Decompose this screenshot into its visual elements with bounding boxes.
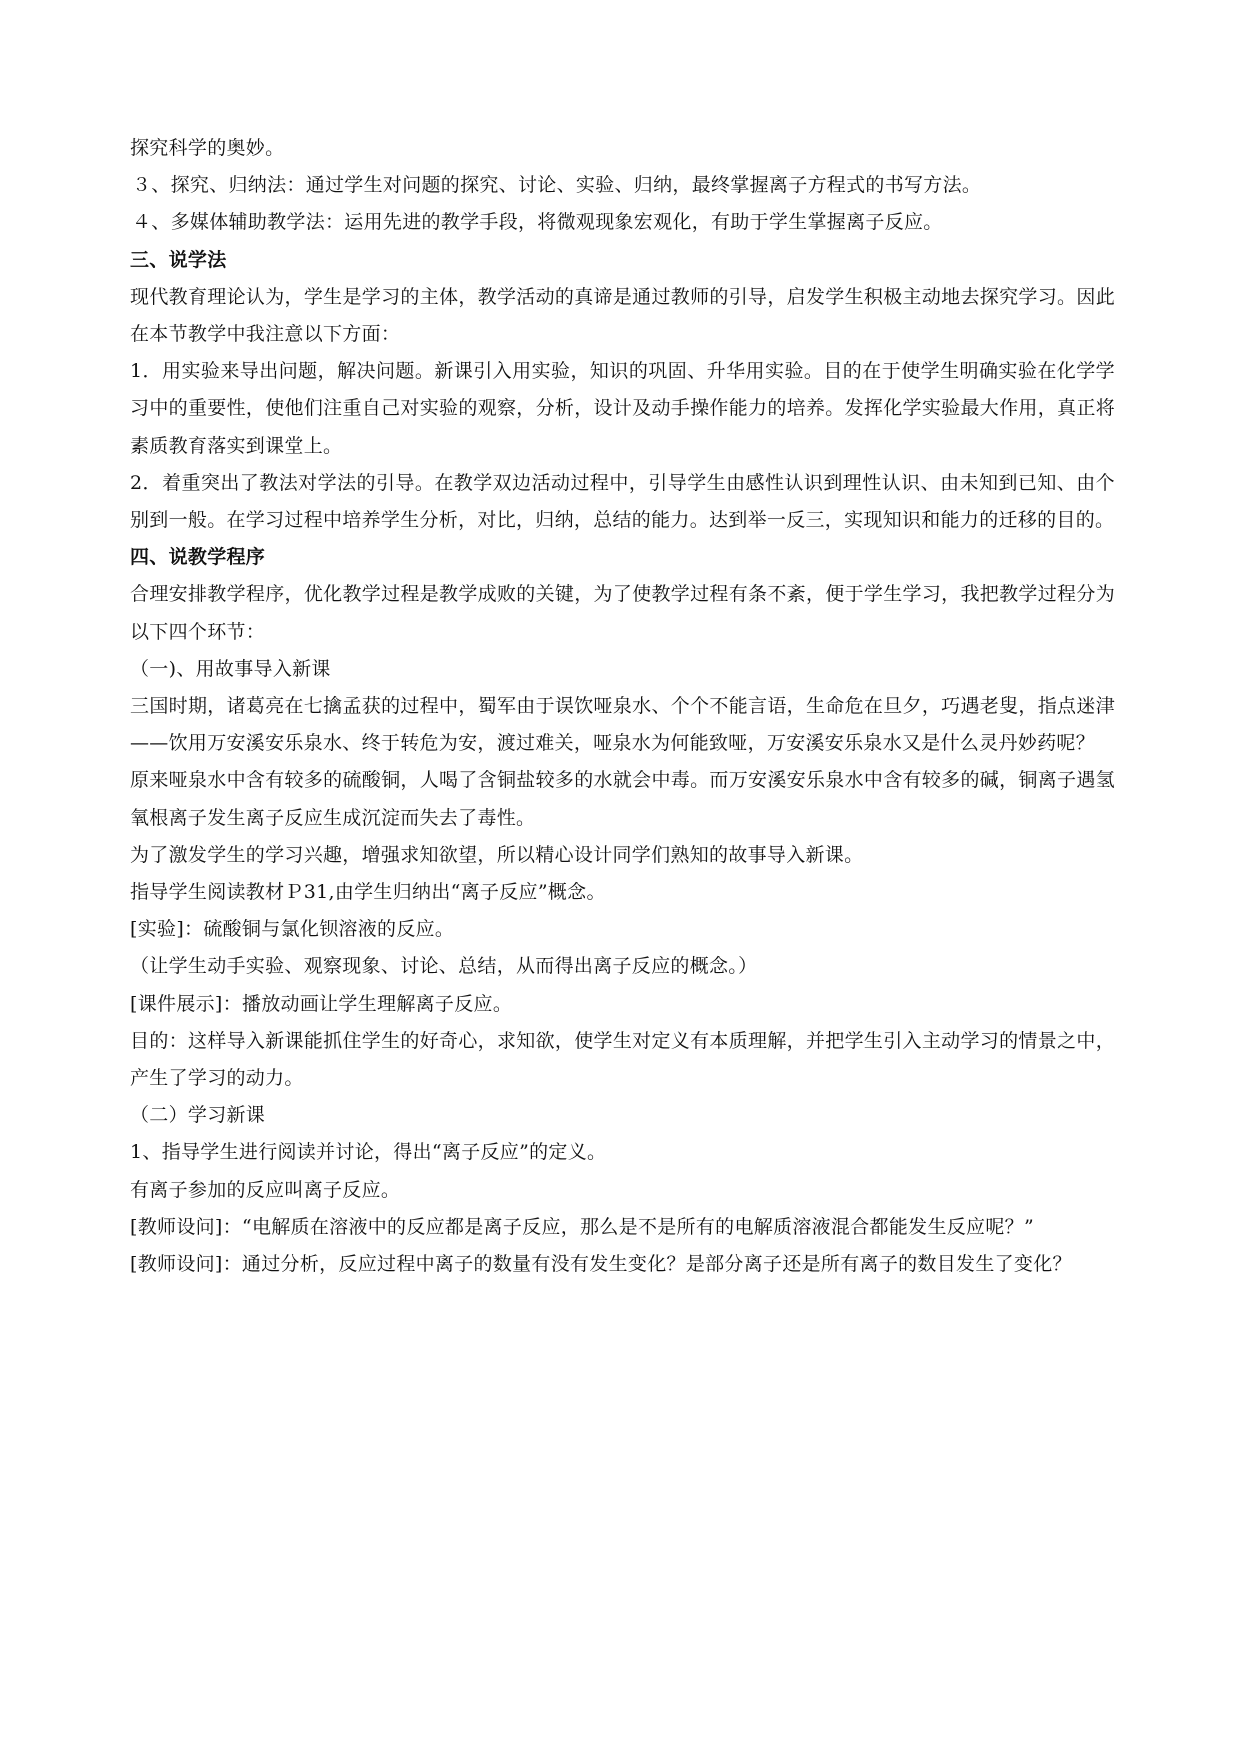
paragraph-story: 三国时期，诸葛亮在七擒孟获的过程中，蜀军由于误饮哑泉水、个个不能言语，生命危在旦… bbox=[130, 688, 1115, 762]
text-line: 探究科学的奥妙。 bbox=[130, 130, 1115, 167]
subsection-heading-new-lesson: （二）学习新课 bbox=[130, 1097, 1115, 1134]
text-line: 为了激发学生的学习兴趣，增强求知欲望，所以精心设计同学们熟知的故事导入新课。 bbox=[130, 837, 1115, 874]
paragraph: 合理安排教学程序，优化教学过程是教学成败的关键，为了使教学过程有条不紊，便于学生… bbox=[130, 576, 1115, 650]
text-line: 指导学生阅读教材Ｐ31,由学生归纳出“离子反应”概念。 bbox=[130, 874, 1115, 911]
courseware-line: [课件展示]：播放动画让学生理解离子反应。 bbox=[130, 986, 1115, 1023]
method-item-4: ４、多媒体辅助教学法：运用先进的教学手段，将微观现象宏观化，有助于学生掌握离子反… bbox=[130, 204, 1115, 241]
paragraph: 现代教育理论认为，学生是学习的主体，教学活动的真谛是通过教师的引导，启发学生积极… bbox=[130, 279, 1115, 353]
list-item-1: 1．用实验来导出问题，解决问题。新课引入用实验，知识的巩固、升华用实验。目的在于… bbox=[130, 353, 1115, 465]
section-heading-teaching-procedure: 四、说教学程序 bbox=[130, 539, 1115, 576]
teacher-question: [教师设问]：“电解质在溶液中的反应都是离子反应，那么是不是所有的电解质溶液混合… bbox=[130, 1209, 1115, 1246]
section-heading-learning-method: 三、说学法 bbox=[130, 242, 1115, 279]
list-item-2: 2．着重突出了教法对学法的引导。在教学双边活动过程中，引导学生由感性认识到理性认… bbox=[130, 465, 1115, 539]
method-item-3: ３、探究、归纳法：通过学生对问题的探究、讨论、实验、归纳，最终掌握离子方程式的书… bbox=[130, 167, 1115, 204]
subsection-heading-intro: （一)、用故事导入新课 bbox=[130, 651, 1115, 688]
definition-line: 有离子参加的反应叫离子反应。 bbox=[130, 1172, 1115, 1209]
paragraph-explanation: 原来哑泉水中含有较多的硫酸铜，人喝了含铜盐较多的水就会中毒。而万安溪安乐泉水中含… bbox=[130, 762, 1115, 836]
document-page: 探究科学的奥妙。 ３、探究、归纳法：通过学生对问题的探究、讨论、实验、归纳，最终… bbox=[130, 130, 1115, 1283]
experiment-line: [实验]：硫酸铜与氯化钡溶液的反应。 bbox=[130, 911, 1115, 948]
text-line: 1、指导学生进行阅读并讨论，得出“离子反应”的定义。 bbox=[130, 1134, 1115, 1171]
teacher-question: [教师设问]：通过分析，反应过程中离子的数量有没有发生变化？是部分离子还是所有离… bbox=[130, 1246, 1115, 1283]
paragraph-purpose: 目的：这样导入新课能抓住学生的好奇心，求知欲，使学生对定义有本质理解，并把学生引… bbox=[130, 1023, 1115, 1097]
text-line: （让学生动手实验、观察现象、讨论、总结，从而得出离子反应的概念。） bbox=[130, 948, 1115, 985]
